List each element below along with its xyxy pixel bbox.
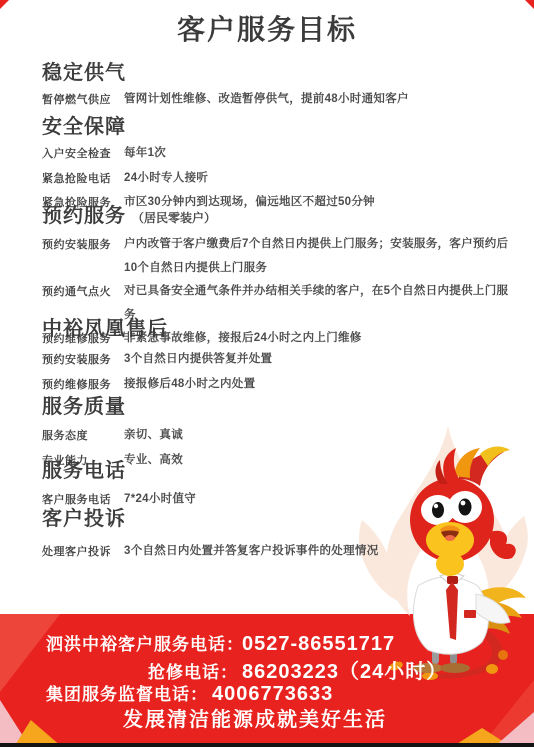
row-label: 暂停燃气供应: [42, 88, 124, 113]
section-phoenix-aftersales: 中裕凤凰售后 预约安装服务 3个自然日内提供答复并处置 预约维修服务 接报修后4…: [42, 316, 510, 397]
section-safety: 安全保障 入户安全检查 每年1次 紧急抢险电话 24小时专人接听 紧急抢险服务 …: [42, 114, 510, 216]
row-label: 预约安装服务: [42, 348, 124, 373]
service-row: 紧急抢险电话 24小时专人接听: [42, 167, 510, 192]
row-value: 每年1次: [124, 142, 510, 166]
section-complaints: 客户投诉 处理客户投诉 3个自然日内处置并答复客户投诉事件的处理情况: [42, 506, 510, 565]
row-label: 服务态度: [42, 424, 124, 449]
row-value: 亲切、真诚: [124, 424, 510, 448]
row-label: 处理客户投诉: [42, 540, 124, 565]
service-row: 暂停燃气供应 管网计划性维修、改造暂停供气，提前48小时通知客户: [42, 88, 510, 113]
row-label: 入户安全检查: [42, 142, 124, 167]
row-value: 户内改管于客户缴费后7个自然日内提供上门服务；安装服务，客户预约后10个自然日内…: [124, 233, 510, 280]
section-service-phone: 服务电话 客户服务电话 7*24小时值守: [42, 458, 510, 513]
section-heading: 客户投诉: [42, 506, 510, 532]
section-heading: 稳定供气: [42, 60, 510, 86]
section-stable-supply: 稳定供气 暂停燃气供应 管网计划性维修、改造暂停供气，提前48小时通知客户: [42, 60, 510, 113]
corner-accent-left: [0, 0, 9, 9]
service-row: 处理客户投诉 3个自然日内处置并答复客户投诉事件的处理情况: [42, 540, 510, 565]
service-row: 服务态度 亲切、真诚: [42, 424, 510, 449]
page-title: 客户服务目标: [0, 12, 534, 48]
heading-text: 预约服务: [42, 205, 126, 227]
footer-phone-number: 0527-86551717: [242, 633, 395, 656]
row-label: 预约通气点火: [42, 280, 124, 305]
service-row: 预约安装服务 户内改管于客户缴费后7个自然日内提供上门服务；安装服务，客户预约后…: [42, 233, 510, 280]
section-heading: 服务电话: [42, 458, 510, 484]
section-heading: 服务质量: [42, 394, 510, 420]
section-heading: 预约服务（居民零装户）: [42, 203, 510, 231]
row-value: 3个自然日内提供答复并处置: [124, 348, 510, 372]
service-row: 入户安全检查 每年1次: [42, 142, 510, 167]
section-heading: 中裕凤凰售后: [42, 316, 510, 342]
bottom-edge-bar: [0, 743, 534, 747]
footer-phone-label: 集团服务监督电话：: [46, 680, 208, 705]
row-value: 24小时专人接听: [124, 167, 510, 191]
row-label: 预约安装服务: [42, 233, 124, 258]
section-heading: 安全保障: [42, 114, 510, 140]
footer-phone-customer: 泗洪中裕客户服务电话： 0527-86551717: [46, 630, 395, 656]
row-value: 3个自然日内处置并答复客户投诉事件的处理情况: [124, 540, 510, 564]
row-value: 接报修后48小时之内处置: [124, 373, 510, 397]
heading-suffix: （居民零装户）: [132, 211, 216, 225]
corner-accent-right: [525, 0, 534, 9]
row-value: 管网计划性维修、改造暂停供气，提前48小时通知客户: [124, 88, 510, 112]
poster-page: 客户服务目标 稳定供气 暂停燃气供应 管网计划性维修、改造暂停供气，提前48小时…: [0, 0, 534, 747]
footer-phone-label: 泗洪中裕客户服务电话：: [46, 630, 238, 655]
footer-slogan: 发展清洁能源成就美好生活: [0, 703, 510, 732]
service-row: 预约安装服务 3个自然日内提供答复并处置: [42, 348, 510, 373]
row-label: 紧急抢险电话: [42, 167, 124, 192]
